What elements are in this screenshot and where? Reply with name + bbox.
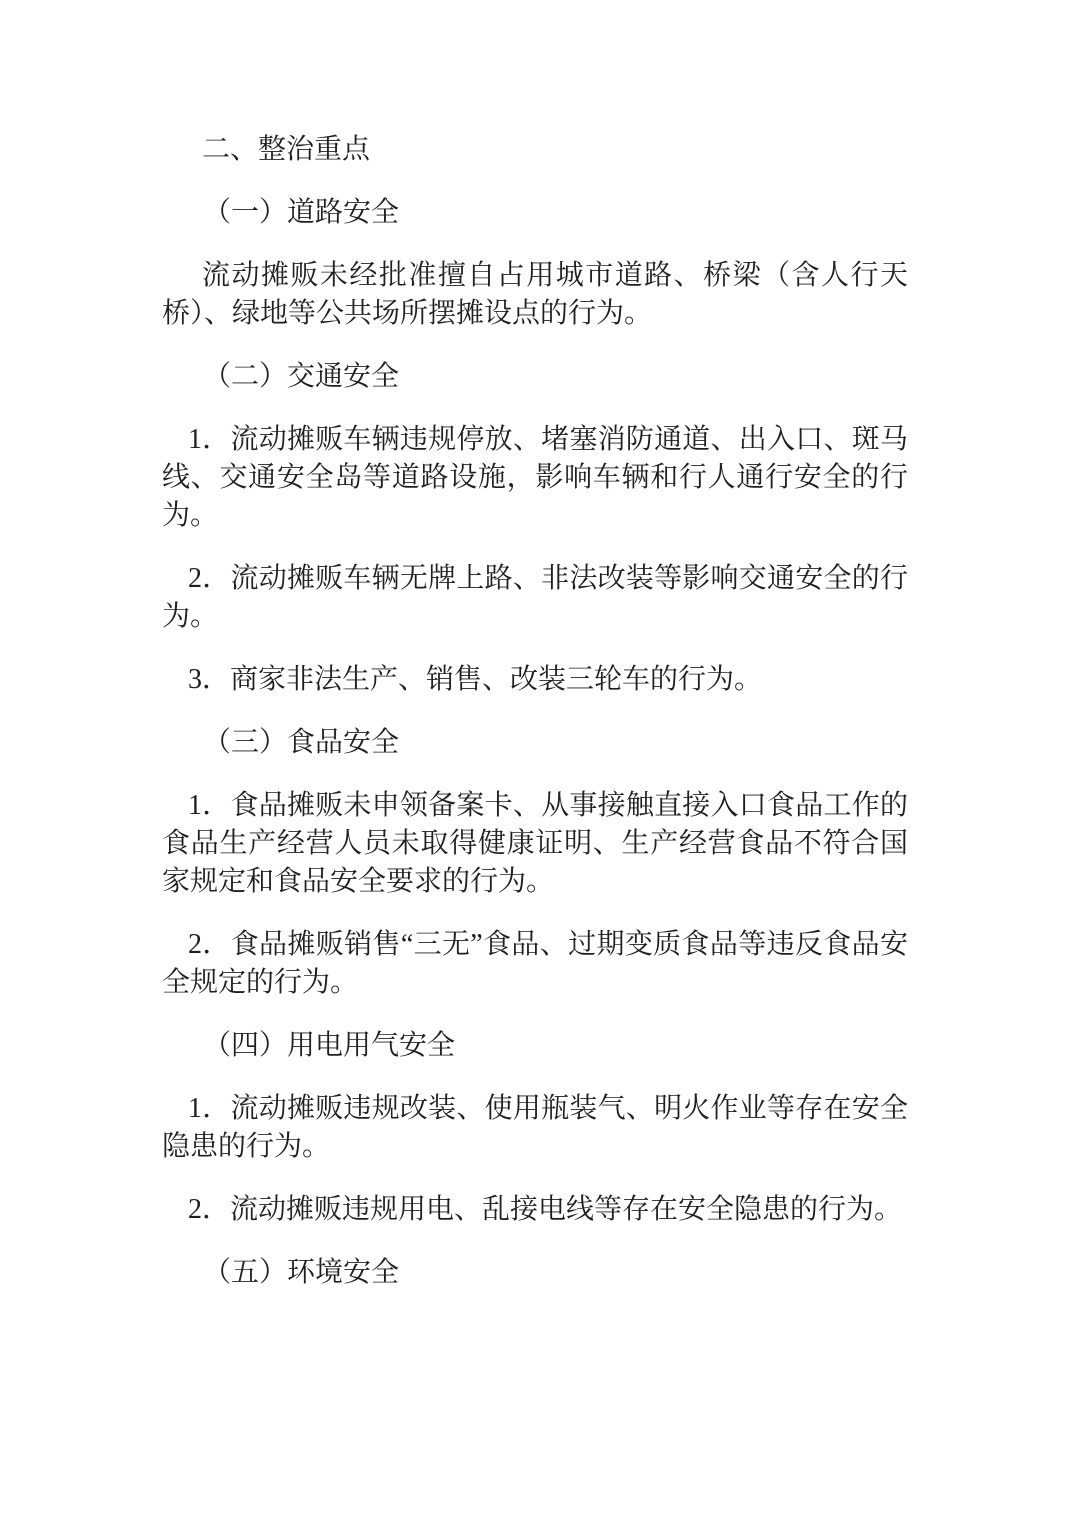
document-body: 二、整治重点 （一）道路安全 流动摊贩未经批准擅自占用城市道路、桥梁（含人行天桥… xyxy=(162,131,908,1292)
paragraph-gas-item-2: 2．流动摊贩违规用电、乱接电线等存在安全隐患的行为。 xyxy=(162,1191,908,1229)
paragraph-traffic-item-2: 2．流动摊贩车辆无牌上路、非法改装等影响交通安全的行为。 xyxy=(162,560,908,636)
paragraph-food-item-1: 1．食品摊贩未申领备案卡、从事接触直接入口食品工作的食品生产经营人员未取得健康证… xyxy=(162,787,908,901)
paragraph-food-item-2: 2．食品摊贩销售“三无”食品、过期变质食品等违反食品安全规定的行为。 xyxy=(162,926,908,1002)
paragraph-gas-item-1: 1．流动摊贩违规改装、使用瓶装气、明火作业等存在安全隐患的行为。 xyxy=(162,1090,908,1166)
subsection-heading-road: （一）道路安全 xyxy=(162,194,908,232)
paragraph-traffic-item-3: 3．商家非法生产、销售、改装三轮车的行为。 xyxy=(162,661,908,699)
subsection-heading-gas: （四）用电用气安全 xyxy=(162,1027,908,1065)
section-heading: 二、整治重点 xyxy=(162,131,908,169)
subsection-heading-traffic: （二）交通安全 xyxy=(162,358,908,396)
subsection-heading-env: （五）环境安全 xyxy=(162,1254,908,1292)
subsection-heading-food: （三）食品安全 xyxy=(162,724,908,762)
paragraph-road-safety: 流动摊贩未经批准擅自占用城市道路、桥梁（含人行天桥）、绿地等公共场所摆摊设点的行… xyxy=(162,257,908,333)
document-page: 二、整治重点 （一）道路安全 流动摊贩未经批准擅自占用城市道路、桥梁（含人行天桥… xyxy=(0,0,1074,1520)
paragraph-traffic-item-1: 1．流动摊贩车辆违规停放、堵塞消防通道、出入口、斑马线、交通安全岛等道路设施，影… xyxy=(162,421,908,535)
